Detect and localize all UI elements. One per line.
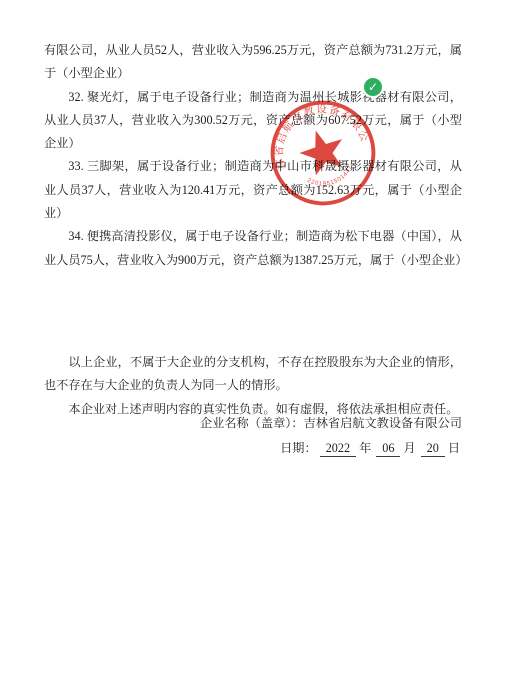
date-line: 日期：2022年06月20日 <box>44 436 462 461</box>
date-label: 日期： <box>280 441 317 455</box>
paragraph-item-34: 34. 便携高清投影仪，属于电子设备行业；制造商为松下电器（中国），从业人员75… <box>44 225 462 272</box>
declaration-paragraph-1: 以上企业，不属于大企业的分支机构，不存在控股股东为大企业的情形，也不存在与大企业… <box>44 351 462 398</box>
date-year-unit: 年 <box>359 441 371 455</box>
paragraph-item-33: 33. 三脚架，属于设备行业；制造商为中山市科晟摄影器材有限公司，从业人员37人… <box>44 155 462 225</box>
document-text: 有限公司，从业人员52人，营业收入为596.25万元，资产总额为731.2万元，… <box>44 39 462 421</box>
date-year-value: 2022 <box>320 441 356 457</box>
date-month-unit: 月 <box>403 441 415 455</box>
date-day-value: 20 <box>421 441 445 457</box>
company-signature-line: 企业名称（盖章）：吉林省启航文教设备有限公司 <box>44 411 462 436</box>
date-month-value: 06 <box>376 441 400 457</box>
company-name-label: 企业名称（盖章）： <box>200 416 304 430</box>
date-day-unit: 日 <box>448 441 460 455</box>
paragraph-item-32: 32. 聚光灯，属于电子设备行业；制造商为温州长城影视器材有限公司，从业人员37… <box>44 86 462 156</box>
paragraph-item-31-continued: 有限公司，从业人员52人，营业收入为596.25万元，资产总额为731.2万元，… <box>44 39 462 86</box>
verified-check-icon: ✓ <box>364 78 382 96</box>
signature-block: 企业名称（盖章）：吉林省启航文教设备有限公司 日期：2022年06月20日 <box>44 411 462 461</box>
company-name-value: 吉林省启航文教设备有限公司 <box>304 416 462 430</box>
